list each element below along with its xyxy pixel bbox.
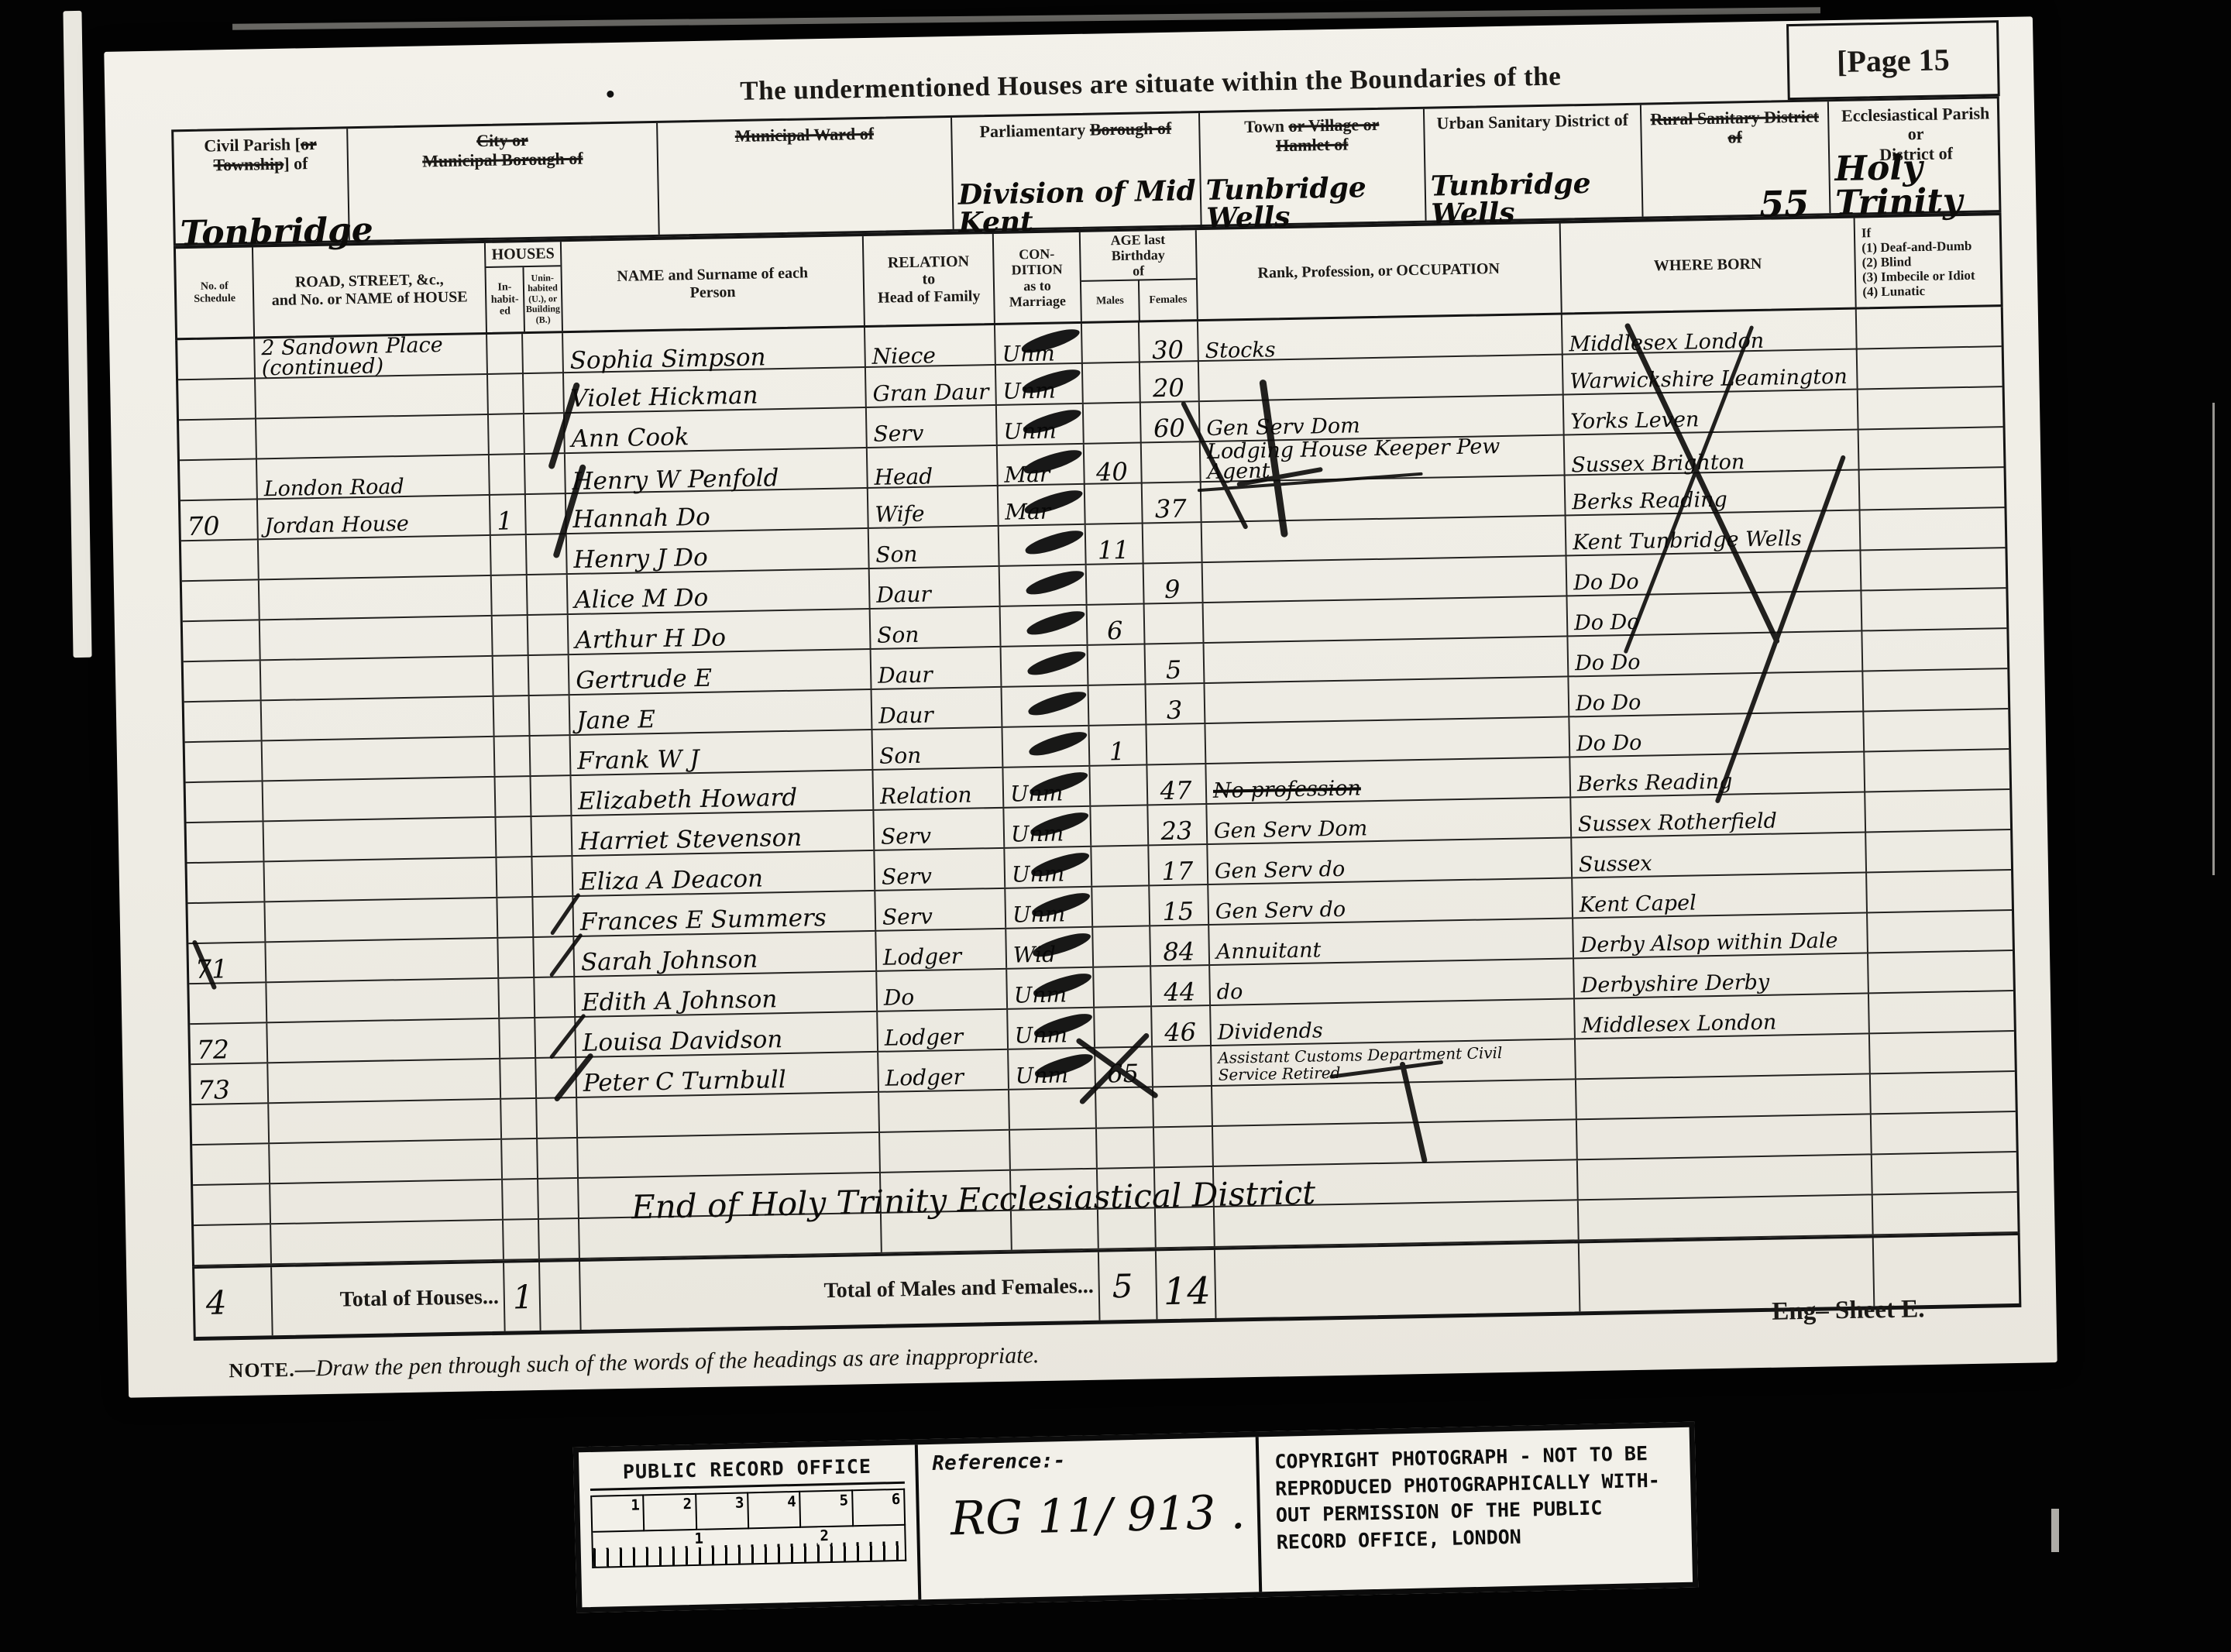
cell-condition xyxy=(1001,606,1088,646)
cell-age-female xyxy=(1142,442,1201,485)
cell-relation: Daur xyxy=(871,647,1002,689)
cell-schedule xyxy=(187,862,266,902)
urban-sanitary-value: Tunbridge Wells xyxy=(1430,169,1641,228)
cell-name: Elizabeth Howard xyxy=(572,771,875,815)
cell-name: Eliza A Deacon xyxy=(572,851,875,895)
cell-road xyxy=(264,858,497,901)
cell-inhabited xyxy=(495,737,531,776)
cell-occupation xyxy=(1204,596,1569,642)
cell-relation: Son xyxy=(873,728,1004,769)
cell-age-female xyxy=(1146,724,1206,764)
cell-schedule xyxy=(181,540,260,580)
cell-age-male xyxy=(1094,967,1152,1006)
field-civil-parish: Civil Parish [or Township] of Tonbridge xyxy=(174,129,350,243)
film-scratch xyxy=(2212,403,2215,875)
cell-occupation: Gen Serv do xyxy=(1208,838,1573,884)
field-municipal-ward: Municipal Ward of xyxy=(658,118,954,235)
cell-occupation: Gen Serv Dom xyxy=(1200,396,1565,441)
pro-office-label: PUBLIC RECORD OFFICE xyxy=(590,1455,905,1491)
cell-inhabited xyxy=(487,334,524,376)
cell-relation: Daur xyxy=(872,688,1003,729)
cell-disabilities xyxy=(1862,629,2012,671)
cell-name xyxy=(578,1133,881,1177)
cell-age-female: 30 xyxy=(1140,321,1199,364)
cell-inhabited xyxy=(488,374,524,414)
cell-age-male xyxy=(1089,685,1147,724)
film-edge-artifact xyxy=(63,11,91,658)
cell-name: Harriet Stevenson xyxy=(572,811,875,855)
cell-age-female: 60 xyxy=(1141,402,1201,441)
cell-disabilities xyxy=(1868,911,2017,953)
cell-condition xyxy=(1010,1129,1098,1169)
cell-schedule: 73 xyxy=(191,1063,269,1104)
cell-condition: Unm xyxy=(997,404,1085,445)
cell-occupation: Dividends xyxy=(1211,999,1576,1045)
pro-office-panel: PUBLIC RECORD OFFICE 123456 1 2 xyxy=(579,1444,921,1607)
cell-relation: Son xyxy=(869,527,1000,568)
cell-condition: Unm xyxy=(1005,888,1093,928)
cell-road xyxy=(261,657,494,699)
cell-road xyxy=(268,1060,501,1102)
field-urban-sanitary: Urban Sanitary District of Tunbridge Wel… xyxy=(1425,105,1644,221)
cell-inhabited xyxy=(497,857,533,897)
cell-uninhabited xyxy=(528,575,569,614)
cell-name: Peter C Turnbull xyxy=(576,1053,879,1097)
cell-inhabited xyxy=(502,1139,538,1179)
cell-relation: Serv xyxy=(874,809,1005,850)
cell-uninhabited xyxy=(532,857,573,896)
cell-name xyxy=(577,1093,880,1137)
cell-disabilities xyxy=(1869,991,2019,1033)
cell-schedule xyxy=(184,701,263,741)
cell-name: Edith A Johnson xyxy=(575,972,878,1016)
cell-name: Sarah Johnson xyxy=(574,932,877,976)
field-town-hamlet: Town or Village or Hamlet of Tunbridge W… xyxy=(1200,109,1427,225)
cell-schedule xyxy=(182,580,260,620)
cell-inhabited xyxy=(496,777,532,816)
cell-age-female xyxy=(1153,1046,1212,1086)
cell-condition: Wid xyxy=(1006,928,1094,968)
cell-road xyxy=(263,737,496,780)
cell-schedule xyxy=(185,741,263,781)
cell-where-born: Sussex xyxy=(1572,833,1867,877)
cell-road xyxy=(260,616,493,659)
field-city-borough: City or Municipal Borough of xyxy=(348,123,660,240)
cell-where-born: Yorks Leven xyxy=(1564,390,1859,434)
cell-occupation xyxy=(1205,677,1569,723)
cell-age-male xyxy=(1095,1007,1153,1046)
cell-road xyxy=(256,375,489,417)
cell-uninhabited xyxy=(531,776,572,816)
cell-inhabited xyxy=(491,535,528,575)
cell-occupation: No profession xyxy=(1206,757,1571,803)
cell-road xyxy=(259,536,492,579)
cell-age-female: 47 xyxy=(1147,764,1207,804)
cell-condition: Unm xyxy=(1005,847,1092,888)
cell-where-born: Warwickshire Leamington xyxy=(1563,350,1858,394)
totals-spacer-2 xyxy=(1215,1243,1581,1318)
cell-where-born xyxy=(1576,1034,1871,1078)
cell-inhabited xyxy=(501,1099,538,1139)
cell-name: Frank W J xyxy=(571,730,874,774)
cell-road xyxy=(269,1100,502,1142)
cell-occupation xyxy=(1201,476,1566,521)
cell-where-born: Kent Tunbridge Wells xyxy=(1566,511,1861,555)
cell-road xyxy=(266,979,500,1022)
cell-road xyxy=(270,1140,503,1183)
cell-name: Ann Cook xyxy=(565,408,868,452)
cell-where-born: Middlesex London xyxy=(1575,994,1870,1038)
cell-where-born: Berks Reading xyxy=(1566,471,1861,515)
cell-disabilities xyxy=(1858,347,2007,389)
cell-schedule xyxy=(186,781,264,822)
cell-relation: Serv xyxy=(867,406,998,447)
cell-uninhabited xyxy=(531,736,572,775)
ruler-cell: 2 xyxy=(644,1493,696,1532)
cell-name: Henry J Do xyxy=(567,529,870,573)
cell-where-born: Berks Reading xyxy=(1570,752,1865,796)
field-parliamentary-borough: Parliamentary Borough of Division of Mid… xyxy=(952,113,1202,229)
cell-where-born xyxy=(1578,1155,1873,1199)
cell-age-male xyxy=(1084,404,1142,443)
cell-inhabited xyxy=(493,616,529,655)
cell-condition xyxy=(1002,686,1090,726)
cell-where-born: Do Do xyxy=(1569,712,1865,756)
cell-disabilities xyxy=(1870,1032,2020,1073)
cell-disabilities xyxy=(1865,750,2014,792)
cell-uninhabited xyxy=(525,454,566,496)
cell-name: Henry W Penfold xyxy=(565,448,868,495)
col-disabilities: If (1) Deaf-and-Dumb (2) Blind (3) Imbec… xyxy=(1855,215,2006,307)
cell-disabilities xyxy=(1860,468,2009,510)
cell-schedule xyxy=(193,1184,271,1224)
field-ecclesiastical: Ecclesiastical Parish or District of Hol… xyxy=(1829,98,2004,213)
cell-occupation xyxy=(1203,556,1568,602)
page-title: The undermentioned Houses are situate wi… xyxy=(647,59,1655,108)
cell-age-male: 65 xyxy=(1095,1047,1153,1087)
ruler-cell: 3 xyxy=(696,1492,749,1530)
col-females: Females xyxy=(1140,280,1197,320)
cell-age-female: 37 xyxy=(1143,483,1202,522)
cell-where-born: Kent Capel xyxy=(1573,873,1868,917)
cell-where-born: Derbyshire Derby xyxy=(1574,953,1869,998)
cell-disabilities xyxy=(1866,830,2016,872)
cell-age-male xyxy=(1090,765,1148,805)
ruler-ticks: 1 2 xyxy=(591,1526,906,1568)
census-rows: 2 Sandown Place(continued) Sophia Simpso… xyxy=(175,307,2020,1266)
cell-uninhabited xyxy=(529,655,570,695)
cell-age-female: 84 xyxy=(1150,926,1210,965)
cell-age-female: 3 xyxy=(1146,684,1205,723)
cell-where-born: Do Do xyxy=(1568,631,1863,675)
cell-relation: Lodger xyxy=(878,1010,1009,1051)
cell-schedule xyxy=(191,1104,270,1144)
col-age: AGE last Birthday of xyxy=(1081,230,1196,282)
cell-age-male xyxy=(1096,1087,1154,1127)
cell-inhabited xyxy=(489,414,525,454)
cell-uninhabited xyxy=(531,816,572,856)
cell-age-male xyxy=(1091,846,1150,885)
cell-age-male: 1 xyxy=(1089,725,1147,764)
cell-disabilities xyxy=(1861,589,2011,630)
cell-disabilities xyxy=(1857,307,2006,351)
cell-age-male xyxy=(1083,363,1141,403)
cell-inhabited xyxy=(492,575,528,615)
cell-disabilities xyxy=(1868,951,2018,993)
cell-uninhabited xyxy=(528,615,569,654)
cell-age-female: 5 xyxy=(1146,644,1205,683)
totals-schedule-mark: 4 xyxy=(194,1267,273,1337)
ecclesiastical-value: Holy Trinity xyxy=(1834,149,2004,221)
cell-age-female: 23 xyxy=(1148,805,1208,844)
cell-age-male xyxy=(1092,886,1150,926)
ruler-cell: 4 xyxy=(748,1491,801,1530)
cell-condition: Mar xyxy=(999,485,1086,525)
cell-where-born: Do Do xyxy=(1569,671,1864,716)
cell-schedule xyxy=(184,661,262,701)
cell-schedule: 71 xyxy=(188,943,266,983)
copyright-notice: COPYRIGHT PHOTOGRAPH - NOT TO BE REPRODU… xyxy=(1259,1427,1693,1592)
col-schedule: No. of Schedule xyxy=(176,247,255,338)
cell-schedule xyxy=(189,983,267,1023)
cell-road xyxy=(266,939,499,981)
cell-condition: Unm xyxy=(1003,767,1091,807)
cell-age-female: 44 xyxy=(1151,966,1211,1005)
reference-label: Reference:- xyxy=(932,1445,1243,1475)
cell-name: Louisa Davidson xyxy=(576,1012,878,1056)
census-sheet: The undermentioned Houses are situate wi… xyxy=(104,16,2057,1397)
cell-uninhabited xyxy=(530,695,571,735)
cell-age-female xyxy=(1153,1087,1213,1126)
cell-inhabited xyxy=(494,696,531,736)
cell-relation: Lodger xyxy=(876,929,1007,970)
cell-condition: Unm xyxy=(996,364,1084,404)
cell-occupation: Assistant Customs Department Civil Servi… xyxy=(1212,1039,1576,1085)
cell-name: Violet Hickman xyxy=(564,368,867,412)
col-houses-group: HOUSES In- habit- ed Unin- habited (U.),… xyxy=(486,242,563,332)
cell-road: Jordan House xyxy=(258,496,491,538)
cell-where-born: Derby Alsop within Dale xyxy=(1573,913,1868,957)
col-occupation: Rank, Profession, or OCCUPATION xyxy=(1197,224,1562,320)
pro-stamp: PUBLIC RECORD OFFICE 123456 1 2 Referenc… xyxy=(573,1422,1698,1613)
cell-disabilities xyxy=(1873,1193,2023,1235)
cell-disabilities xyxy=(1871,1072,2020,1114)
cell-condition: Unm xyxy=(995,324,1083,366)
cell-road: 2 Sandown Place(continued) xyxy=(255,335,488,380)
col-where-born: WHERE BORN xyxy=(1561,218,1857,313)
cell-condition: Unm xyxy=(1009,1049,1096,1089)
cell-age-female: 46 xyxy=(1152,1006,1212,1046)
cell-disabilities xyxy=(1872,1152,2022,1194)
cell-age-female: 20 xyxy=(1140,362,1200,401)
total-males-females-label: Total of Males and Females... xyxy=(580,1252,1101,1330)
cell-inhabited xyxy=(493,656,530,695)
civil-parish-value: Tonbridge xyxy=(180,214,373,252)
cell-name: Hannah Do xyxy=(566,489,869,533)
cell-age-male xyxy=(1093,926,1151,966)
cell-uninhabited xyxy=(523,333,564,375)
cell-name: Frances E Summers xyxy=(573,891,876,936)
sheet-label: Eng– Sheet E. xyxy=(1772,1295,1925,1327)
cell-occupation xyxy=(1212,1080,1577,1125)
cell-age-female xyxy=(1143,523,1203,562)
cell-inhabited: 1 xyxy=(490,495,527,534)
total-houses-label: Total of Houses... xyxy=(272,1263,506,1335)
cell-road: London Road xyxy=(257,455,490,501)
cell-uninhabited xyxy=(533,897,574,936)
cell-disabilities xyxy=(1858,387,2008,429)
cell-road xyxy=(265,898,498,941)
cell-relation: Relation xyxy=(873,768,1004,809)
cell-uninhabited xyxy=(524,414,565,453)
cell-age-male xyxy=(1087,564,1145,603)
cell-condition: Unm xyxy=(1004,807,1091,847)
cell-where-born: Do Do xyxy=(1567,551,1862,596)
cell-uninhabited xyxy=(538,1139,579,1178)
cell-uninhabited xyxy=(536,1058,577,1097)
cell-age-female: 15 xyxy=(1150,885,1209,925)
cell-road xyxy=(267,1019,500,1062)
cell-where-born xyxy=(1577,1114,1872,1159)
cell-inhabited xyxy=(498,938,535,977)
col-uninhabited: Unin- habited (U.), or Building (B.) xyxy=(524,266,562,331)
col-relation: RELATION to Head of Family xyxy=(864,234,995,325)
cell-road xyxy=(256,415,490,458)
cell-age-male: 40 xyxy=(1085,443,1143,486)
cell-relation: Serv xyxy=(875,889,1006,930)
cell-inhabited xyxy=(497,898,534,937)
cell-relation: Son xyxy=(871,607,1002,648)
cell-occupation: Gen Serv Dom xyxy=(1207,798,1572,843)
ink-dot xyxy=(607,91,614,98)
reference-value: RG 11/ 913 . xyxy=(950,1485,1246,1547)
cell-schedule xyxy=(179,419,257,459)
cell-name: Alice M Do xyxy=(568,569,871,613)
film-mark xyxy=(2051,1509,2059,1552)
cell-road xyxy=(263,778,497,820)
cell-road xyxy=(260,576,493,619)
cell-where-born: Middlesex London xyxy=(1562,310,1858,356)
cell-relation: Lodger xyxy=(878,1050,1009,1091)
cell-name: Sophia Simpson xyxy=(563,328,866,374)
ruler-cell: 6 xyxy=(853,1489,906,1527)
cell-occupation: Gen Serv do xyxy=(1208,878,1573,924)
cell-schedule xyxy=(178,379,256,419)
col-condition: CON- DITION as to Marriage xyxy=(994,232,1082,323)
cell-relation xyxy=(879,1090,1010,1132)
cell-schedule xyxy=(192,1144,270,1184)
cell-schedule xyxy=(177,338,256,381)
ruler-cell: 1 xyxy=(592,1494,645,1533)
cell-where-born: Do Do xyxy=(1567,591,1862,635)
cell-uninhabited xyxy=(524,373,565,413)
cell-occupation xyxy=(1205,717,1570,763)
cell-age-female xyxy=(1154,1127,1214,1166)
cell-disabilities xyxy=(1865,790,2015,832)
cell-schedule xyxy=(180,459,258,502)
cell-relation: Head xyxy=(868,446,999,489)
cell-schedule: 72 xyxy=(190,1023,268,1063)
cell-age-male xyxy=(1085,483,1143,523)
cell-age-female: 17 xyxy=(1149,845,1208,884)
cell-name: Gertrude E xyxy=(569,650,872,694)
cell-disabilities xyxy=(1859,428,2009,472)
reference-panel: Reference:- RG 11/ 913 . xyxy=(918,1437,1262,1599)
cell-condition xyxy=(1009,1089,1097,1129)
cell-age-male xyxy=(1088,644,1146,684)
cell-condition: Unm xyxy=(1008,1008,1095,1049)
cell-age-male xyxy=(1097,1128,1155,1167)
cell-disabilities xyxy=(1867,871,2016,912)
col-name: NAME and Surname of each Person xyxy=(562,236,865,331)
cell-inhabited xyxy=(500,1059,537,1098)
cell-relation: Niece xyxy=(865,325,996,369)
cell-relation: Gran Daur xyxy=(866,366,997,407)
cell-condition: Mar xyxy=(998,445,1085,487)
cell-occupation: do xyxy=(1210,959,1575,1005)
cell-condition: Unm xyxy=(1007,968,1095,1008)
cell-schedule: 70 xyxy=(180,500,259,540)
cell-road xyxy=(270,1180,504,1223)
cell-schedule xyxy=(187,822,265,862)
cell-inhabited xyxy=(500,1018,536,1058)
cell-age-male xyxy=(1091,805,1149,845)
cell-age-male: 6 xyxy=(1088,604,1146,644)
parliamentary-borough-value: Division of Mid Kent xyxy=(958,177,1197,237)
cell-disabilities xyxy=(1863,669,2013,711)
cell-occupation xyxy=(1199,355,1564,401)
cell-schedule xyxy=(187,902,266,943)
cell-where-born: Sussex Brighton xyxy=(1565,431,1860,477)
cell-age-female: 9 xyxy=(1144,563,1204,603)
cell-disabilities xyxy=(1864,709,2013,751)
col-age-group: AGE last Birthday of Males Females xyxy=(1081,230,1198,321)
cell-age-male xyxy=(1082,323,1140,366)
cell-road xyxy=(271,1221,504,1263)
cell-inhabited xyxy=(499,978,535,1018)
cell-uninhabited xyxy=(527,534,568,574)
cell-where-born xyxy=(1579,1195,1874,1239)
cell-occupation xyxy=(1202,516,1567,562)
total-males-value: 5 xyxy=(1099,1251,1158,1320)
page-number: [Page 15 xyxy=(1786,20,2000,100)
cell-inhabited xyxy=(496,817,532,857)
totals-spacer-1 xyxy=(540,1262,582,1331)
cell-name: Jane E xyxy=(570,690,873,734)
scanned-census-page: The undermentioned Houses are situate wi… xyxy=(0,0,2231,1652)
total-houses-value: 1 xyxy=(504,1262,541,1331)
cell-disabilities xyxy=(1872,1112,2021,1154)
cell-schedule xyxy=(194,1224,272,1265)
cell-condition xyxy=(999,525,1087,565)
cell-where-born xyxy=(1576,1074,1872,1118)
cell-schedule xyxy=(183,620,261,661)
cell-age-female xyxy=(1145,603,1205,643)
col-males: Males xyxy=(1081,281,1140,321)
cell-disabilities xyxy=(1861,548,2010,590)
cell-name: Arthur H Do xyxy=(569,610,871,654)
cell-relation: Serv xyxy=(875,849,1005,890)
cell-occupation xyxy=(1213,1120,1578,1166)
cell-uninhabited xyxy=(534,937,575,977)
cell-disabilities xyxy=(1861,508,2010,550)
col-inhabited: In- habit- ed xyxy=(486,267,525,332)
col-houses: HOUSES xyxy=(486,242,561,268)
cell-condition xyxy=(1000,565,1088,606)
cell-uninhabited xyxy=(535,1018,576,1057)
col-road: ROAD, STREET, &c., and No. or NAME of HO… xyxy=(253,243,487,336)
cell-condition xyxy=(1002,646,1089,686)
